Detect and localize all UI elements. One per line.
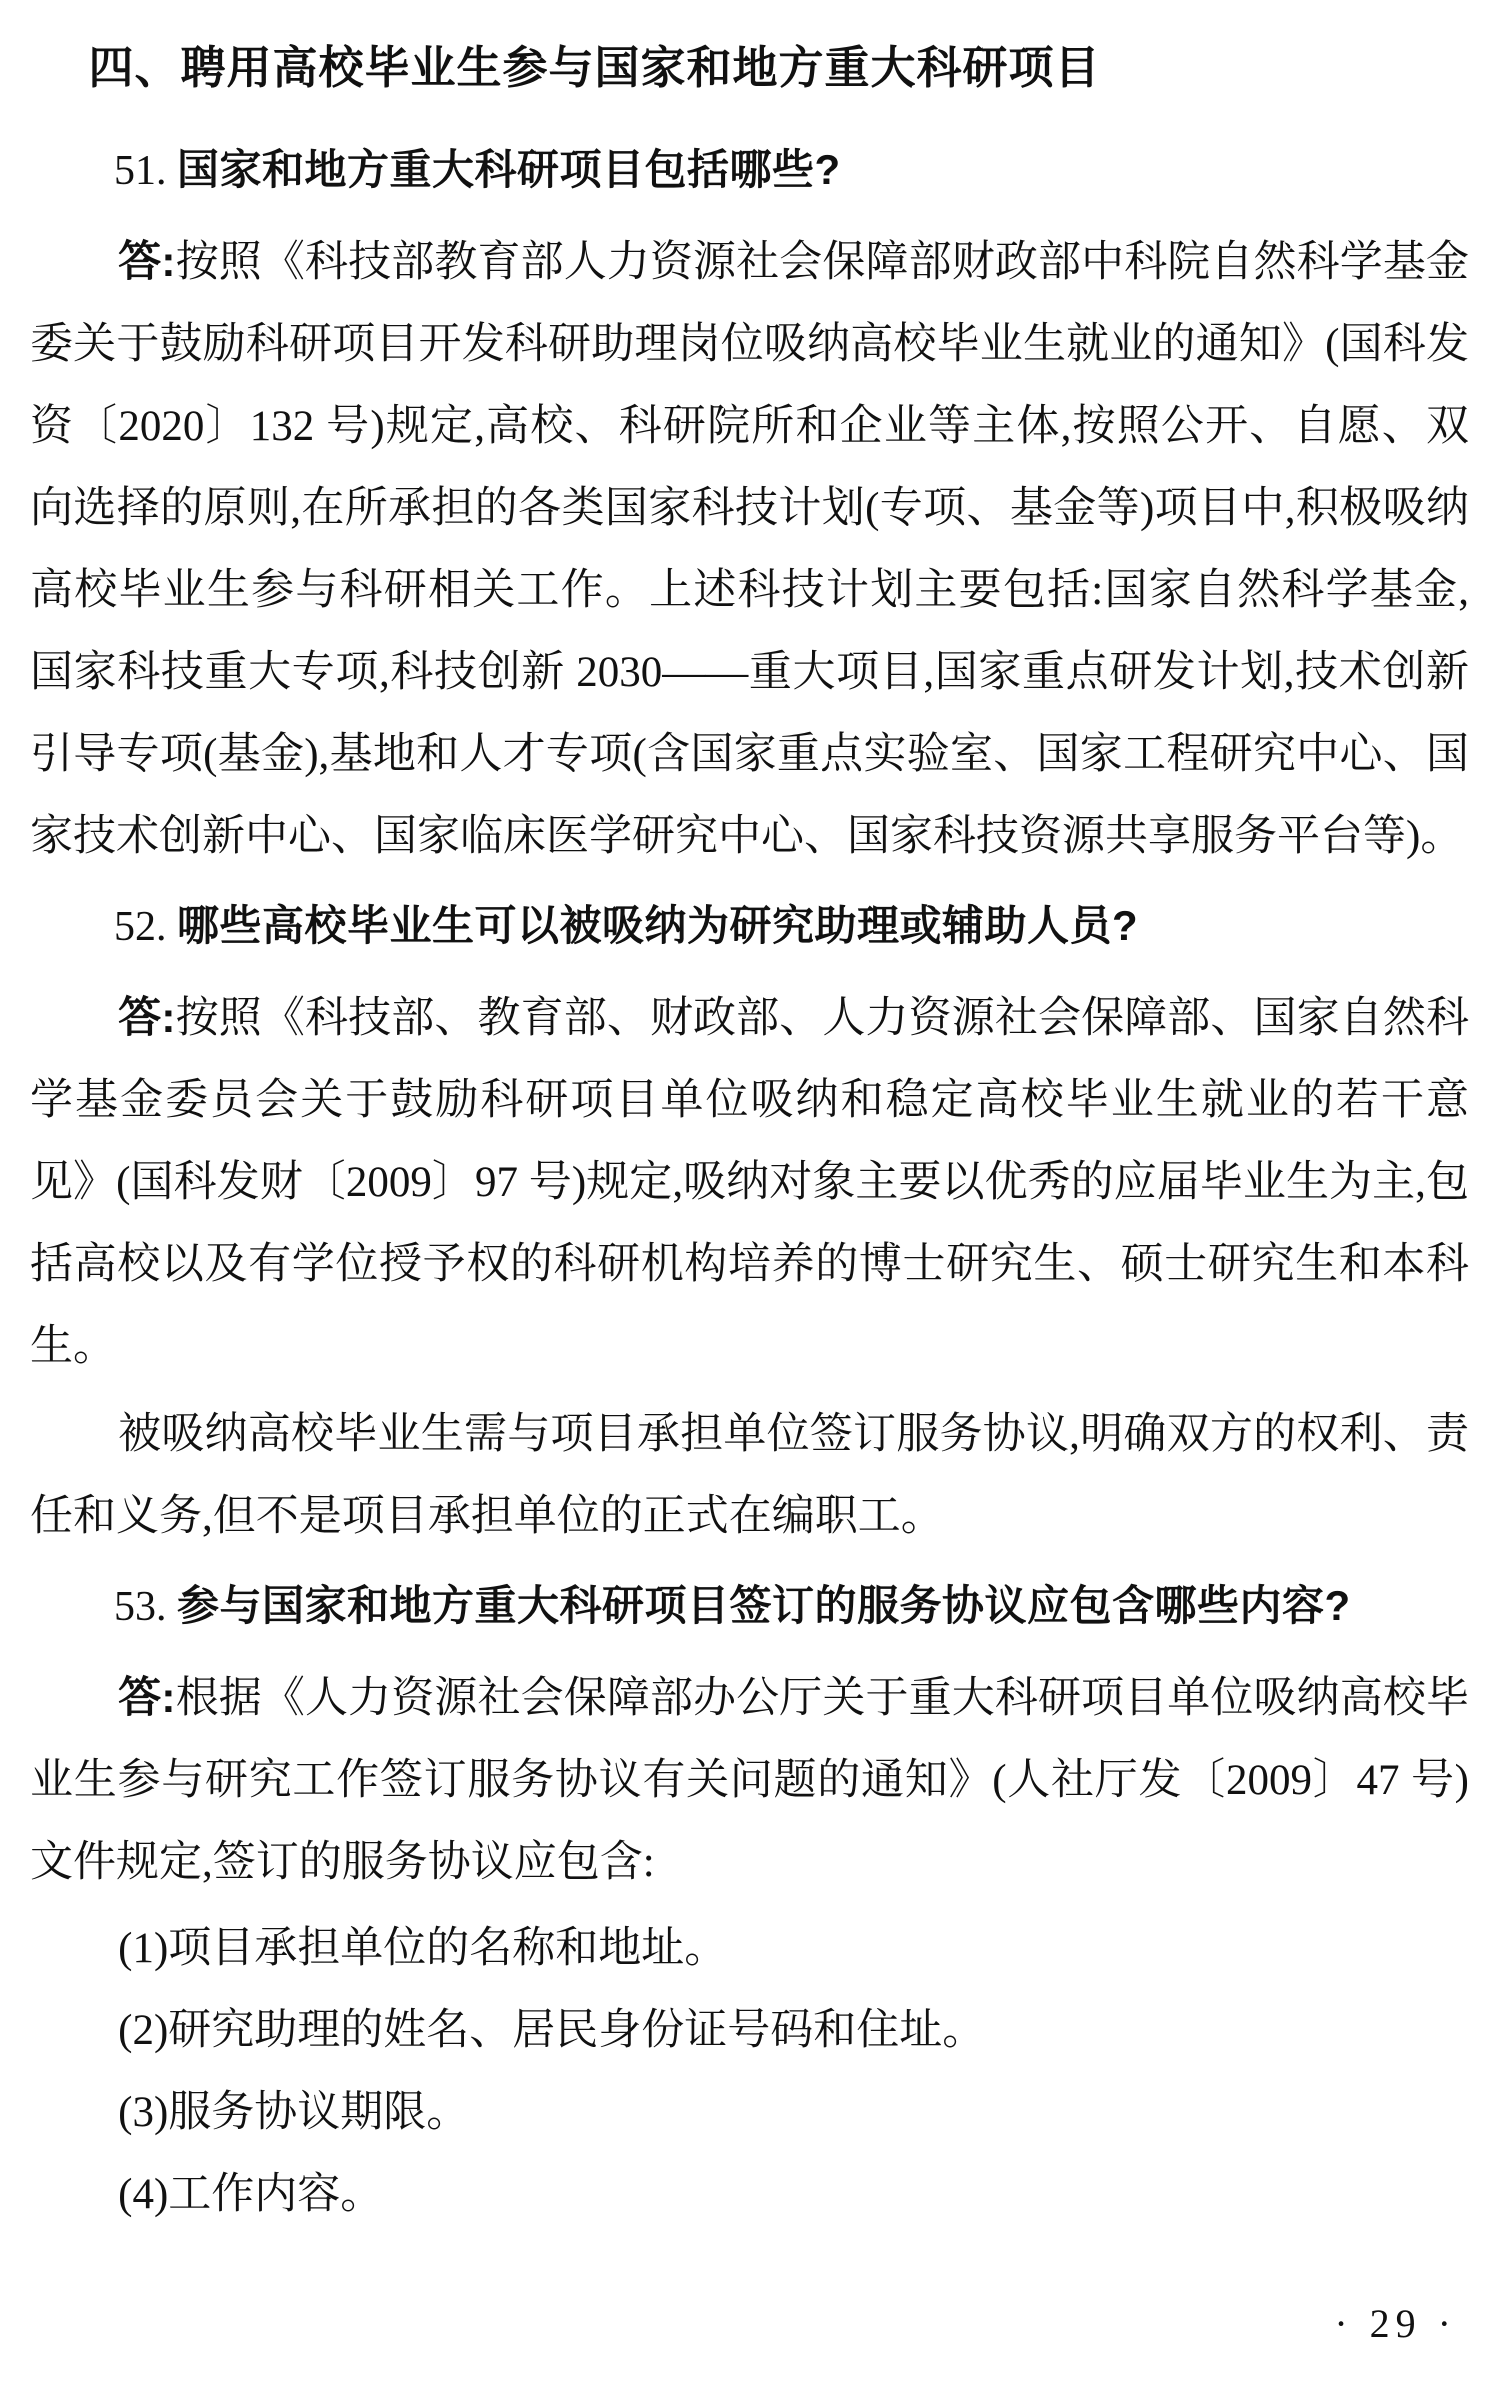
question-53: 53.参与国家和地方重大科研项目签订的服务协议应包含哪些内容? [30, 1564, 1469, 1649]
answer-53-body: 根据《人力资源社会保障部办公厅关于重大科研项目单位吸纳高校毕业生参与研究工作签订… [30, 1675, 1469, 1886]
question-53-title: 参与国家和地方重大科研项目签订的服务协议应包含哪些内容? [177, 1582, 1351, 1629]
answer-51-body: 按照《科技部教育部人力资源社会保障部财政部中科院自然科学基金委关于鼓励科研项目开… [30, 239, 1469, 860]
answer-52-lead: 答: [118, 994, 175, 1042]
answer-51: 答:按照《科技部教育部人力资源社会保障部财政部中科院自然科学基金委关于鼓励科研项… [30, 221, 1469, 878]
answer-51-lead: 答: [118, 238, 175, 286]
list-item: (4)工作内容。 [30, 2154, 1469, 2236]
question-52-title: 哪些高校毕业生可以被吸纳为研究助理或辅助人员? [177, 902, 1138, 949]
list-item: (2)研究助理的姓名、居民身份证号码和住址。 [30, 1990, 1469, 2072]
document-page: 四、聘用高校毕业生参与国家和地方重大科研项目 51.国家和地方重大科研项目包括哪… [0, 0, 1499, 2395]
answer-52-extra-paragraph: 被吸纳高校毕业生需与项目承担单位签订服务协议,明确双方的权利、责任和义务,但不是… [30, 1394, 1469, 1558]
question-52-number: 52. [114, 904, 167, 950]
answer-53: 答:根据《人力资源社会保障部办公厅关于重大科研项目单位吸纳高校毕业生参与研究工作… [30, 1657, 1469, 1904]
question-53-number: 53. [114, 1584, 167, 1630]
list-item: (3)服务协议期限。 [30, 2072, 1469, 2154]
section-title: 四、聘用高校毕业生参与国家和地方重大科研项目 [30, 24, 1469, 112]
list-item: (1)项目承担单位的名称和地址。 [30, 1908, 1469, 1990]
agreement-content-list: (1)项目承担单位的名称和地址。 (2)研究助理的姓名、居民身份证号码和住址。 … [30, 1908, 1469, 2236]
question-51-number: 51. [114, 148, 167, 194]
question-51: 51.国家和地方重大科研项目包括哪些? [30, 128, 1469, 213]
answer-52: 答:按照《科技部、教育部、财政部、人力资源社会保障部、国家自然科学基金委员会关于… [30, 977, 1469, 1388]
page-number: · 29 · [1334, 2300, 1457, 2347]
answer-53-lead: 答: [118, 1674, 175, 1722]
answer-52-body: 按照《科技部、教育部、财政部、人力资源社会保障部、国家自然科学基金委员会关于鼓励… [30, 995, 1469, 1370]
question-52: 52.哪些高校毕业生可以被吸纳为研究助理或辅助人员? [30, 884, 1469, 969]
question-51-title: 国家和地方重大科研项目包括哪些? [177, 146, 841, 193]
